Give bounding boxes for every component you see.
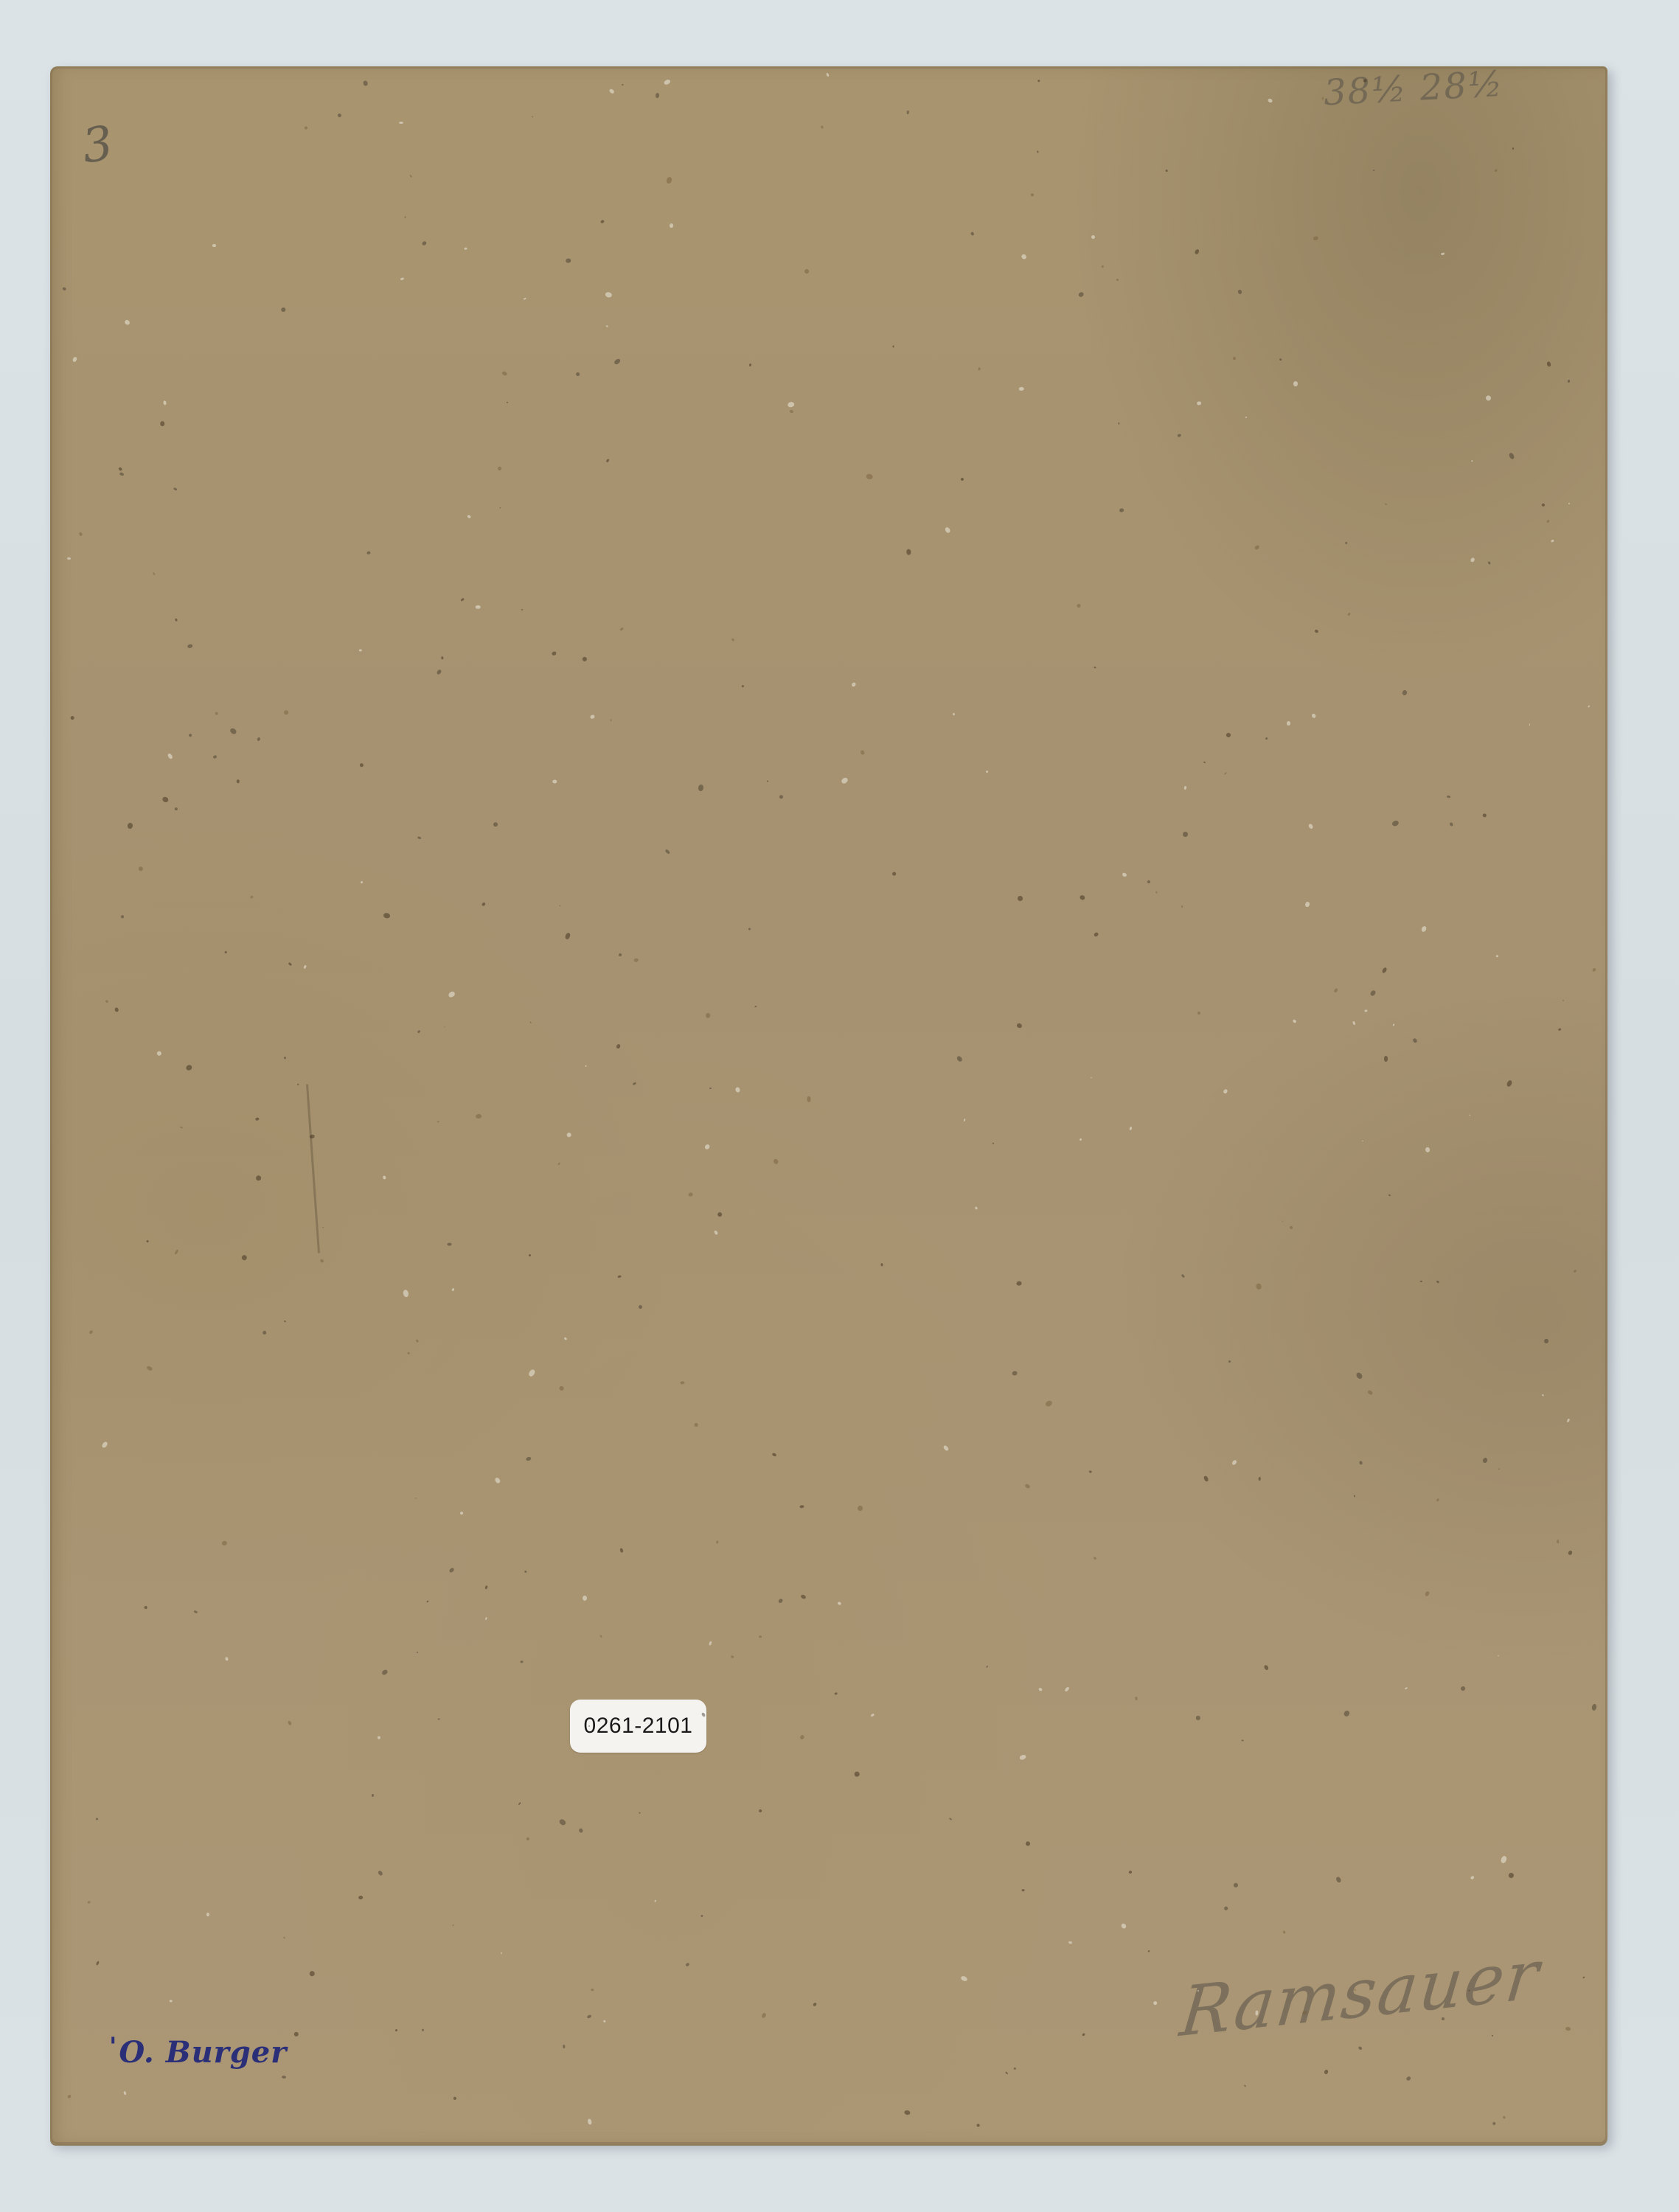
cardboard-board <box>50 66 1607 2144</box>
fiber-speck <box>1228 1360 1231 1363</box>
fiber-speck <box>121 914 124 918</box>
fiber-speck <box>1181 905 1183 908</box>
fiber-speck <box>1088 1470 1092 1473</box>
fiber-speck <box>907 110 909 114</box>
scratch-mark <box>306 1084 320 1253</box>
fiber-speck <box>451 1287 454 1291</box>
fiber-speck <box>1482 813 1487 818</box>
fiber-speck <box>1166 170 1168 172</box>
fiber-speck <box>255 1116 260 1120</box>
fiber-speck <box>447 1243 452 1246</box>
fiber-speck <box>1384 1056 1388 1062</box>
fiber-speck <box>476 605 481 608</box>
fiber-speck <box>399 122 403 124</box>
fiber-speck <box>284 1057 287 1059</box>
fiber-speck <box>1293 381 1298 386</box>
collector-stamp: 'O. Burger <box>109 2035 287 2070</box>
inventory-label: 0261-2101 <box>570 1700 706 1753</box>
fiber-speck <box>188 733 192 737</box>
fiber-speck <box>1068 1941 1072 1944</box>
fiber-speck <box>212 244 216 247</box>
fiber-speck <box>359 649 362 652</box>
fiber-speck <box>705 1013 709 1018</box>
fiber-speck <box>552 779 557 783</box>
fiber-speck <box>1118 422 1119 425</box>
fiber-speck <box>563 2045 566 2048</box>
stamp-text: O. Burger <box>119 2035 287 2070</box>
fiber-speck <box>444 1026 445 1027</box>
fiber-speck <box>892 345 894 348</box>
fiber-speck <box>1116 278 1118 280</box>
fiber-speck <box>1019 387 1024 391</box>
fiber-speck <box>1197 1989 1199 1992</box>
fiber-speck <box>1492 2034 1493 2037</box>
fiber-speck <box>654 1899 656 1902</box>
fiber-speck <box>670 223 673 229</box>
fiber-speck <box>716 1540 719 1543</box>
stamp-tick-mark: ' <box>109 2032 117 2062</box>
fiber-speck <box>1495 955 1498 957</box>
fiber-speck <box>169 2000 173 2003</box>
fiber-speck <box>1241 1739 1244 1742</box>
fiber-speck <box>709 1088 712 1089</box>
fiber-speck <box>366 551 371 554</box>
fiber-speck <box>206 1912 209 1916</box>
fiber-speck <box>407 1352 410 1354</box>
fiber-speck <box>144 1605 147 1609</box>
inventory-number: 0261-2101 <box>584 1714 693 1739</box>
fiber-speck <box>583 1596 587 1601</box>
fiber-speck <box>1282 1220 1283 1222</box>
fiber-speck <box>453 2097 456 2100</box>
fiber-speck <box>283 1320 285 1321</box>
fiber-speck <box>759 1635 762 1637</box>
fiber-speck <box>1359 1460 1363 1464</box>
fiber-speck <box>1287 721 1290 726</box>
fiber-speck <box>1259 1477 1261 1481</box>
